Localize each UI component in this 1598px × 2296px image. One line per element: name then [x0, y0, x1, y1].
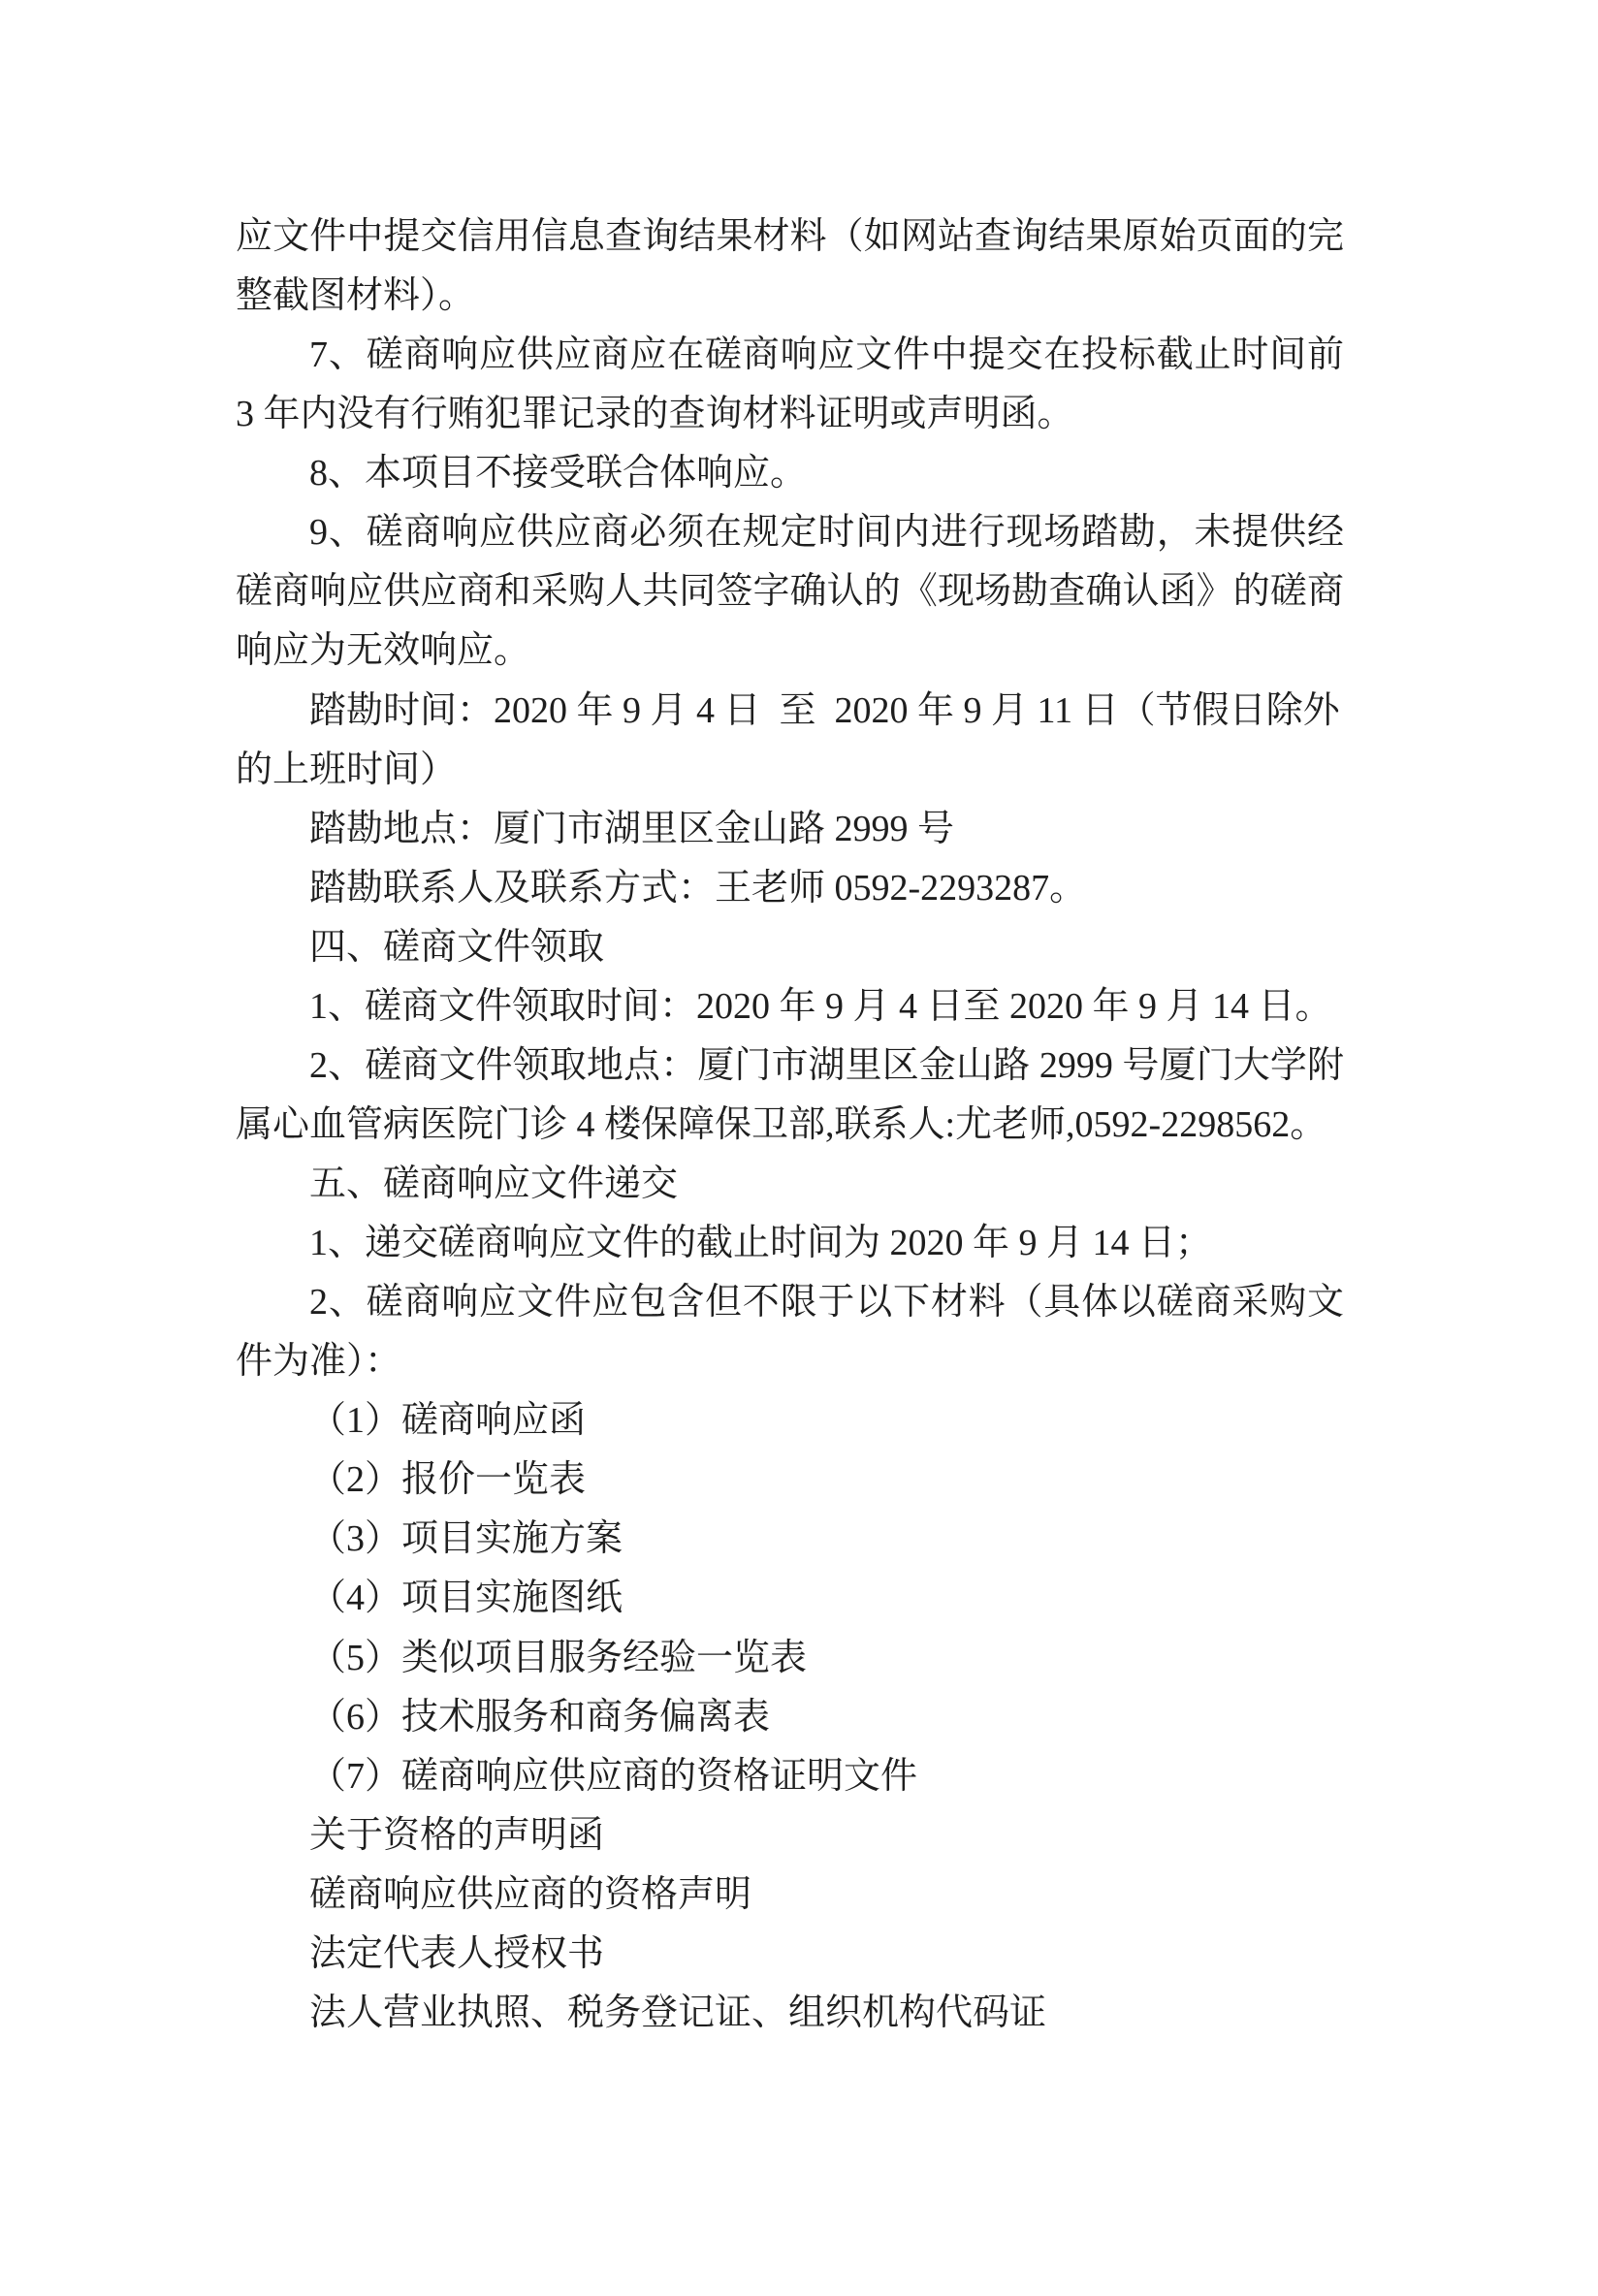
text-line: 1、递交磋商响应文件的截止时间为 2020 年 9 月 14 日； — [236, 1214, 1344, 1273]
paragraph-item-9-site-survey: 9、磋商响应供应商必须在规定时间内进行现场踏勘，未提供经 磋商响应供应商和采购人… — [236, 503, 1344, 681]
paragraph-collection-location: 2、磋商文件领取地点：厦门市湖里区金山路 2999 号厦门大学附 属心血管病医院… — [236, 1036, 1344, 1155]
sub-item-qualification-statement-letter: 关于资格的声明函 — [236, 1806, 1344, 1865]
paragraph-survey-contact: 踏勘联系人及联系方式：王老师 0592-2293287。 — [236, 859, 1344, 918]
text-line: 响应为无效响应。 — [236, 622, 1344, 681]
list-item-similar-projects: （5）类似项目服务经验一览表 — [236, 1629, 1344, 1688]
text-line: 属心血管病医院门诊 4 楼保障保卫部,联系人:尤老师,0592-2298562。 — [236, 1096, 1344, 1155]
list-item-deviation-table: （6）技术服务和商务偏离表 — [236, 1688, 1344, 1747]
text-line: 踏勘联系人及联系方式：王老师 0592-2293287。 — [236, 859, 1344, 918]
text-line: 7、磋商响应供应商应在磋商响应文件中提交在投标截止时间前 — [236, 326, 1344, 385]
section-heading: 五、磋商响应文件递交 — [236, 1155, 1344, 1214]
list-item-quotation-table: （2）报价一览表 — [236, 1451, 1344, 1510]
text-line: 件为准）： — [236, 1332, 1344, 1391]
list-item-implementation-plan: （3）项目实施方案 — [236, 1510, 1344, 1569]
sub-item: 关于资格的声明函 — [236, 1806, 1344, 1865]
paragraph-survey-time: 踏勘时间：2020 年 9 月 4 日 至 2020 年 9 月 11 日（节假… — [236, 682, 1344, 800]
sub-item: 法人营业执照、税务登记证、组织机构代码证 — [236, 1984, 1344, 2043]
sub-item: 磋商响应供应商的资格声明 — [236, 1865, 1344, 1925]
text-line: 1、磋商文件领取时间：2020 年 9 月 4 日至 2020 年 9 月 14… — [236, 977, 1344, 1036]
sub-item-business-licenses: 法人营业执照、税务登记证、组织机构代码证 — [236, 1984, 1344, 2043]
text-line: 9、磋商响应供应商必须在规定时间内进行现场踏勘，未提供经 — [236, 503, 1344, 562]
text-line: 8、本项目不接受联合体响应。 — [236, 444, 1344, 503]
document-page: 应文件中提交信用信息查询结果材料（如网站查询结果原始页面的完 整截图材料）。 7… — [0, 0, 1598, 2296]
list-item-response-letter: （1）磋商响应函 — [236, 1391, 1344, 1451]
section-heading-document-collection: 四、磋商文件领取 — [236, 918, 1344, 977]
list-item-qualification-docs: （7）磋商响应供应商的资格证明文件 — [236, 1747, 1344, 1806]
text-line: 应文件中提交信用信息查询结果材料（如网站查询结果原始页面的完 — [236, 207, 1344, 267]
paragraph-credit-info-continued: 应文件中提交信用信息查询结果材料（如网站查询结果原始页面的完 整截图材料）。 — [236, 207, 1344, 326]
list-item: （4）项目实施图纸 — [236, 1569, 1344, 1628]
list-item: （3）项目实施方案 — [236, 1510, 1344, 1569]
paragraph-item-8-no-consortium: 8、本项目不接受联合体响应。 — [236, 444, 1344, 503]
list-item: （2）报价一览表 — [236, 1451, 1344, 1510]
paragraph-survey-location: 踏勘地点：厦门市湖里区金山路 2999 号 — [236, 800, 1344, 859]
paragraph-item-7-bribery-record: 7、磋商响应供应商应在磋商响应文件中提交在投标截止时间前 3 年内没有行贿犯罪记… — [236, 326, 1344, 444]
list-item: （1）磋商响应函 — [236, 1391, 1344, 1451]
text-line: 2、磋商文件领取地点：厦门市湖里区金山路 2999 号厦门大学附 — [236, 1036, 1344, 1096]
text-line: 踏勘地点：厦门市湖里区金山路 2999 号 — [236, 800, 1344, 859]
section-heading-response-submission: 五、磋商响应文件递交 — [236, 1155, 1344, 1214]
text-line: 磋商响应供应商和采购人共同签字确认的《现场勘查确认函》的磋商 — [236, 562, 1344, 622]
list-item-implementation-drawings: （4）项目实施图纸 — [236, 1569, 1344, 1628]
sub-item-power-of-attorney: 法定代表人授权书 — [236, 1925, 1344, 1984]
section-heading: 四、磋商文件领取 — [236, 918, 1344, 977]
paragraph-submission-deadline: 1、递交磋商响应文件的截止时间为 2020 年 9 月 14 日； — [236, 1214, 1344, 1273]
list-item: （6）技术服务和商务偏离表 — [236, 1688, 1344, 1747]
list-item: （7）磋商响应供应商的资格证明文件 — [236, 1747, 1344, 1806]
document-body: 应文件中提交信用信息查询结果材料（如网站查询结果原始页面的完 整截图材料）。 7… — [236, 207, 1344, 2043]
text-line: 的上班时间） — [236, 741, 1344, 800]
sub-item-supplier-qualification-statement: 磋商响应供应商的资格声明 — [236, 1865, 1344, 1925]
paragraph-collection-time: 1、磋商文件领取时间：2020 年 9 月 4 日至 2020 年 9 月 14… — [236, 977, 1344, 1036]
text-line: 整截图材料）。 — [236, 267, 1344, 326]
text-line: 踏勘时间：2020 年 9 月 4 日 至 2020 年 9 月 11 日（节假… — [236, 682, 1344, 741]
text-line: 2、磋商响应文件应包含但不限于以下材料（具体以磋商采购文 — [236, 1273, 1344, 1332]
list-item: （5）类似项目服务经验一览表 — [236, 1629, 1344, 1688]
paragraph-required-materials: 2、磋商响应文件应包含但不限于以下材料（具体以磋商采购文 件为准）： — [236, 1273, 1344, 1391]
text-line: 3 年内没有行贿犯罪记录的查询材料证明或声明函。 — [236, 385, 1344, 444]
sub-item: 法定代表人授权书 — [236, 1925, 1344, 1984]
